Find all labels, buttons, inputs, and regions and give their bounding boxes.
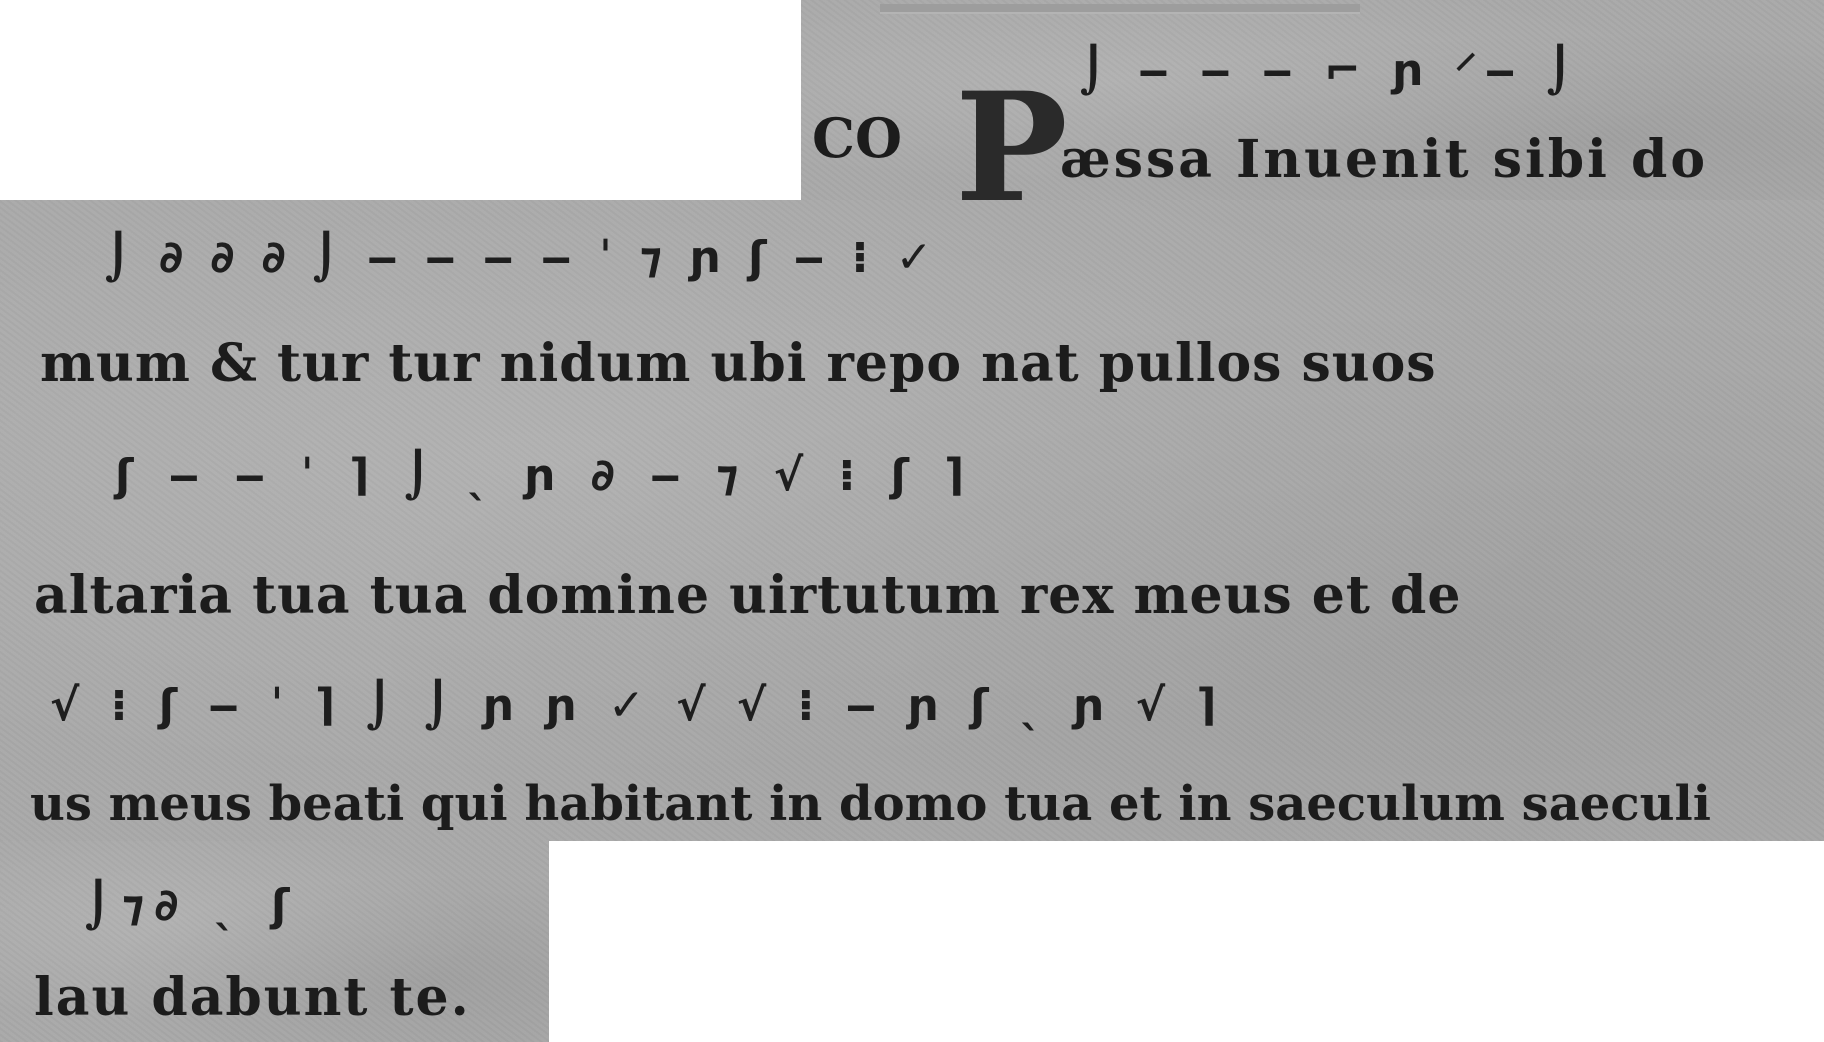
parchment-fragment-middle — [0, 200, 1824, 841]
chant-text-line-2: mum & tur tur nidum ubi repo nat pullos … — [40, 338, 1437, 390]
neume-row-5: ⌡⁊∂ ˎ ʃ — [85, 880, 299, 931]
ruling-line — [880, 4, 1360, 14]
decorated-initial: P — [955, 60, 1068, 236]
neume-row-2: ⌡ ∂ ∂ ∂ ⌡ ‒ ‒ ‒ ‒ ˈ ⁊ ɲ ʃ ‒ ⁝ ✓ — [105, 232, 939, 283]
neume-row-1: ⌡ ‒ ‒ ‒ ⌐ ɲ ⸍‒ ⌡ — [1080, 38, 1582, 98]
neume-row-4: √ ⁝ ʃ ‒ ˈ ⌉ ⌡ ⌡ ɲ ɲ ✓ √ √ ⁝ ‒ ɲ ʃ ˎ ɲ √ … — [50, 680, 1224, 731]
neume-row-3: ʃ ‒ ‒ ˈ ⌉ ⌡ ˎ ɲ ∂ ‒ ⁊ √ ⁝ ʃ ⌉ — [115, 450, 974, 501]
chant-text-line-3: altaria tua tua domine uirtutum rex meus… — [34, 570, 1461, 622]
chant-text-line-5: lau dabunt te. — [34, 972, 471, 1024]
chant-text-line-4: us meus beati qui habitant in domo tua e… — [30, 780, 1711, 828]
communion-cue-label: CO — [812, 106, 902, 170]
chant-text-line-1: æssa Inuenit sibi do — [1060, 134, 1708, 186]
